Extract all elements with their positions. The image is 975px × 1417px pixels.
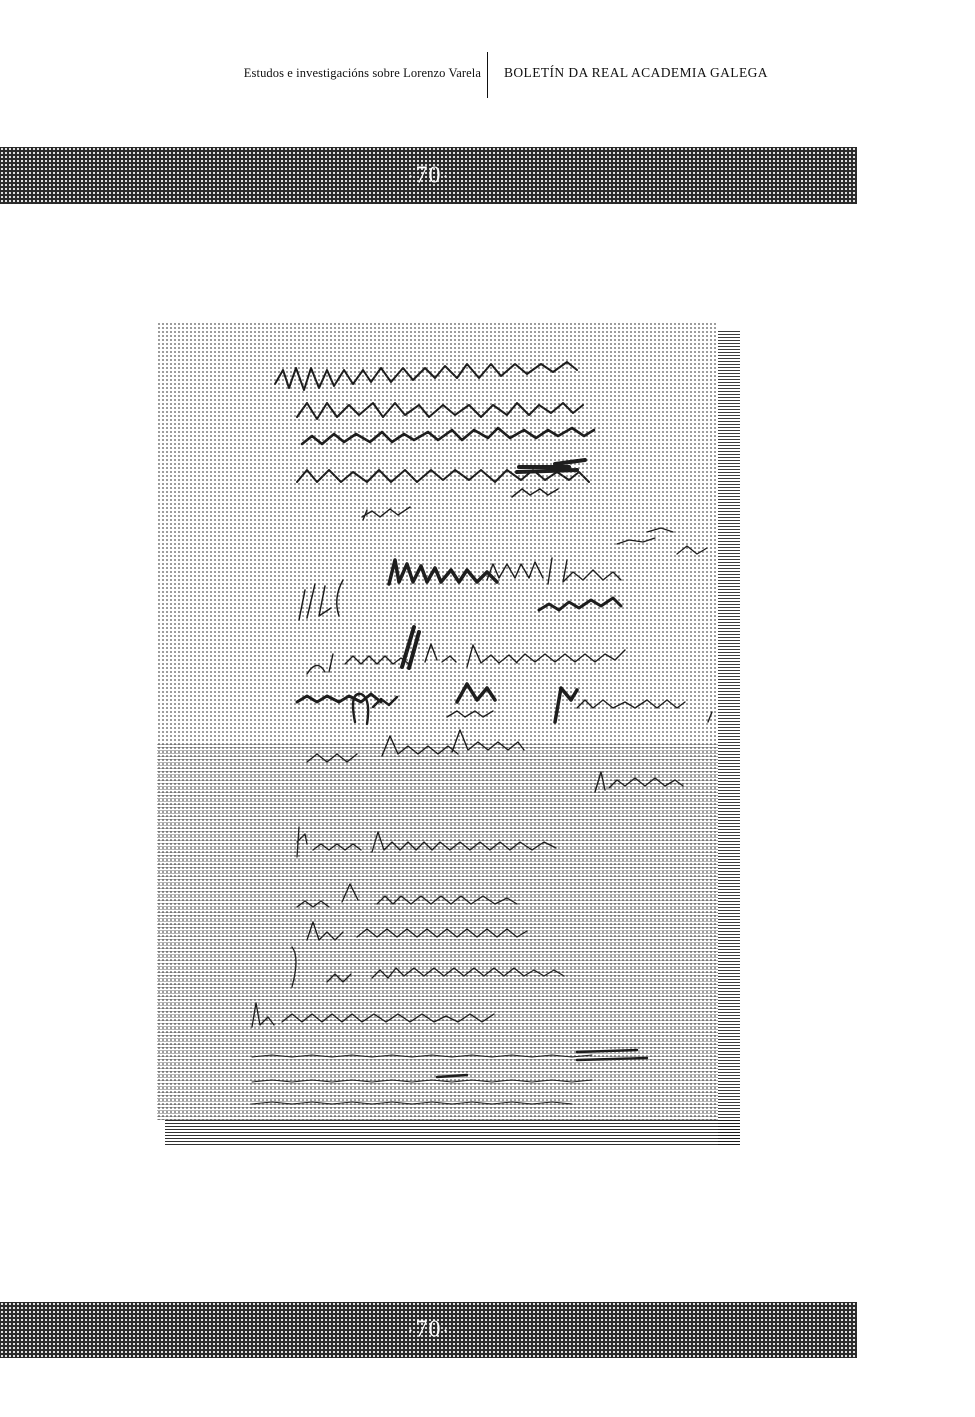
running-head-divider (487, 52, 488, 98)
page-number-bottom: 70 (0, 1317, 857, 1344)
running-head: Estudos e investigacións sobre Lorenzo V… (0, 52, 975, 98)
manuscript-page (157, 322, 718, 1120)
handwriting-scribbles (157, 322, 718, 1120)
running-head-journal-title: BOLETÍN DA REAL ACADEMIA GALEGA (504, 65, 768, 81)
running-head-series-title: Estudos e investigacións sobre Lorenzo V… (244, 66, 481, 81)
top-page-number-banner: 70 (0, 147, 857, 204)
figure-shadow-bottom (165, 1120, 740, 1145)
manuscript-figure (157, 322, 740, 1145)
figure-shadow-right (718, 330, 740, 1145)
page-number-top: 70 (0, 162, 857, 189)
bottom-page-number-banner: 70 (0, 1302, 857, 1358)
